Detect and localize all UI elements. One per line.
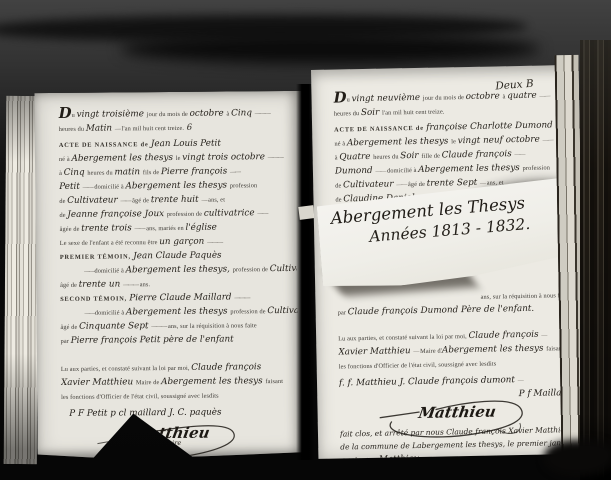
printed-text: profession de (233, 266, 270, 273)
printed-text: —— (83, 185, 93, 191)
printed-text: domicilié à (93, 183, 126, 190)
printed-text: ans, (144, 225, 156, 232)
handwritten-text: Matin (86, 123, 115, 133)
handwritten-text: Abergement les thesys (161, 376, 265, 387)
printed-text: par (61, 338, 71, 345)
printed-text: âgé de (130, 197, 150, 204)
printed-text: âgée de (60, 226, 82, 233)
printed-text: de (335, 196, 343, 203)
handwritten-text: Petit (59, 182, 83, 192)
printed-text: —— (84, 311, 95, 317)
printed-text: —— (230, 169, 240, 175)
printed-text: de (335, 182, 343, 189)
printed-text: Le sexe de l'enfant a été reconnu être (60, 239, 160, 247)
printed-text: fils de (143, 169, 161, 176)
handwritten-text: quatre (507, 91, 539, 102)
printed-text: —— (396, 182, 406, 188)
handwritten-text: Cinq (64, 168, 88, 178)
printed-text: ——— (151, 324, 166, 330)
handwritten-text: Claude françois (191, 362, 261, 373)
register-photo: Du vingt troisième jour du mois de octob… (0, 0, 611, 480)
printed-text: Maire de (136, 379, 161, 386)
printed-text: heures du (87, 169, 114, 176)
printed-text: fille de (421, 153, 441, 160)
handwritten-text: huit (181, 195, 202, 205)
printed-text: —— (539, 93, 549, 99)
printed-text: l'an mil huit cent treize. (120, 125, 184, 133)
printed-text: ——— (234, 295, 249, 301)
printed-text: âgé de (60, 282, 79, 289)
printed-text: Maire d' (418, 348, 442, 355)
handwritten-text: Cultivateur (267, 306, 297, 316)
text-line: les fonctions d'Officier de l'état civil… (61, 386, 298, 401)
printed-text: heures du (59, 126, 86, 133)
handwritten-text: D (59, 104, 72, 120)
handwritten-text: trente Sept (427, 178, 481, 189)
printed-text: domicilié à (94, 267, 125, 274)
printed-text: domicilié à (95, 309, 126, 316)
printed-text: domicilié à (385, 167, 418, 175)
printed-text: — (518, 378, 523, 384)
handwritten-text: Soir (361, 108, 382, 118)
printed-text: —— (543, 137, 553, 143)
printed-text: ——— (207, 240, 222, 246)
printed-text: faisant (265, 378, 283, 385)
handwritten-text: trente trois (81, 223, 134, 233)
handwritten-text: Xavier Matthieu (61, 377, 136, 388)
printed-text: ——— (123, 282, 138, 288)
handwritten-text: trente (151, 195, 181, 205)
handwritten-text: Pierre françois Petit père de l'enfant (71, 334, 234, 345)
handwritten-text: Cinq (231, 108, 255, 118)
text-line: Du vingt troisième jour du mois de octob… (59, 104, 296, 120)
printed-text: ans, et (206, 197, 225, 204)
left-page-edges-stack (4, 96, 40, 464)
printed-text: ACTE DE NAISSANCE de (59, 141, 151, 149)
handwritten-text: trente un (79, 279, 123, 289)
text-line: de Jeanne françoise Joux profession de c… (59, 204, 296, 220)
text-line: par Pierre françois Petit père de l'enfa… (60, 330, 297, 346)
text-line: Xavier Matthieu Maire de Abergement les … (61, 372, 298, 388)
handwritten-text: vingt troisième (77, 109, 147, 120)
printed-text: né à (59, 156, 72, 163)
handwritten-text: Abergement les thesys, (126, 264, 233, 275)
printed-text: jour du mois de (423, 94, 466, 102)
handwritten-text: D (333, 88, 346, 104)
printed-text: Lu aux parties, et constaté suivant la l… (61, 365, 191, 373)
bottom-right-shadow (544, 440, 611, 476)
handwritten-text: octobre (466, 91, 503, 102)
handwritten-text: matin (114, 167, 142, 177)
printed-text: mariés en (157, 225, 186, 232)
printed-text: SECOND TÉMOIN, (60, 295, 129, 303)
background-smudge (120, 34, 540, 64)
handwritten-text: octobre (190, 108, 227, 118)
signature-name: Matthieu (418, 402, 498, 422)
handwritten-text: 6 (184, 123, 192, 133)
printed-text: PREMIER TÉMOIN, (60, 253, 133, 261)
printed-text: profession (230, 182, 257, 189)
printed-text: les fonctions d'Officier de l'état civil… (61, 393, 219, 401)
handwritten-text: vingt trois octobre (182, 152, 268, 163)
text-line: —— domicilié à Abergement les thesys pro… (84, 302, 297, 318)
printed-text: —— (257, 211, 267, 217)
mayor-signature-left: Matthieu Maire (91, 422, 251, 447)
handwritten-text: Père de l'enfant. (461, 304, 534, 315)
handwritten-text: l'église (185, 223, 217, 233)
printed-text: de (59, 212, 67, 219)
printed-text: par (338, 309, 348, 316)
printed-text: jour du mois de (147, 111, 190, 118)
printed-text: âgé de (60, 324, 79, 331)
handwritten-text: Cultivateur (270, 264, 297, 274)
printed-text: ——— (268, 155, 283, 161)
signature-name: Matthieu (131, 424, 211, 443)
printed-text: heures du (334, 110, 361, 118)
printed-text: profession (523, 164, 551, 172)
printed-text: les fonctions d'Officier de l'état civil… (339, 360, 497, 370)
left-page: Du vingt troisième jour du mois de octob… (34, 91, 304, 458)
handwritten-text: Pierre françois (161, 166, 230, 177)
handwritten-text: quatorze. (340, 455, 379, 459)
handwritten-text: Matthieu (379, 454, 420, 459)
printed-text: heures du (373, 153, 400, 161)
printed-text: — (541, 333, 546, 339)
printed-text: âgé de (406, 181, 427, 188)
handwritten-text: Quatre (339, 152, 373, 163)
printed-text: de (59, 198, 67, 205)
printed-text: profession de (167, 211, 204, 218)
printed-text: —— (120, 198, 130, 204)
handwritten-text: cultivatrice (204, 208, 258, 218)
handwritten-text: f. f. Matthieu (339, 377, 397, 388)
gutter-paper-tab (298, 205, 314, 220)
printed-text: —— (514, 152, 524, 158)
printed-text: —— (84, 269, 95, 275)
printed-text: ——— (255, 111, 270, 117)
book-gutter (296, 84, 314, 460)
text-line: heures du Matin — l'an mil huit cent tre… (59, 118, 296, 134)
handwritten-text: Claude françois Dumond (348, 305, 461, 317)
handwritten-text: Soir (400, 151, 421, 161)
mayor-signature-right: Matthieu (377, 401, 537, 423)
handwritten-text: un garçon (159, 237, 207, 247)
printed-text: né à (334, 140, 347, 147)
text-line: —— domicilié à Abergement les thesys, pr… (84, 260, 297, 276)
printed-text: ans. (138, 281, 150, 288)
handwritten-text: Cultivateur (67, 195, 120, 205)
printed-text: —— (134, 226, 144, 232)
left-page-text: Du vingt troisième jour du mois de octob… (34, 91, 304, 419)
printed-text: l'an mil huit cent treize. (382, 108, 445, 116)
right-fore-edge-dark (580, 40, 611, 480)
printed-text: ans, sur la réquisition à nous faite (166, 322, 257, 330)
printed-text: profession de (230, 308, 267, 315)
handwritten-text: Cinquante Sept (79, 321, 151, 332)
text-line: né à Abergement les thesys le vingt troi… (59, 148, 296, 164)
handwritten-text: Jean Louis Petit (151, 139, 221, 150)
